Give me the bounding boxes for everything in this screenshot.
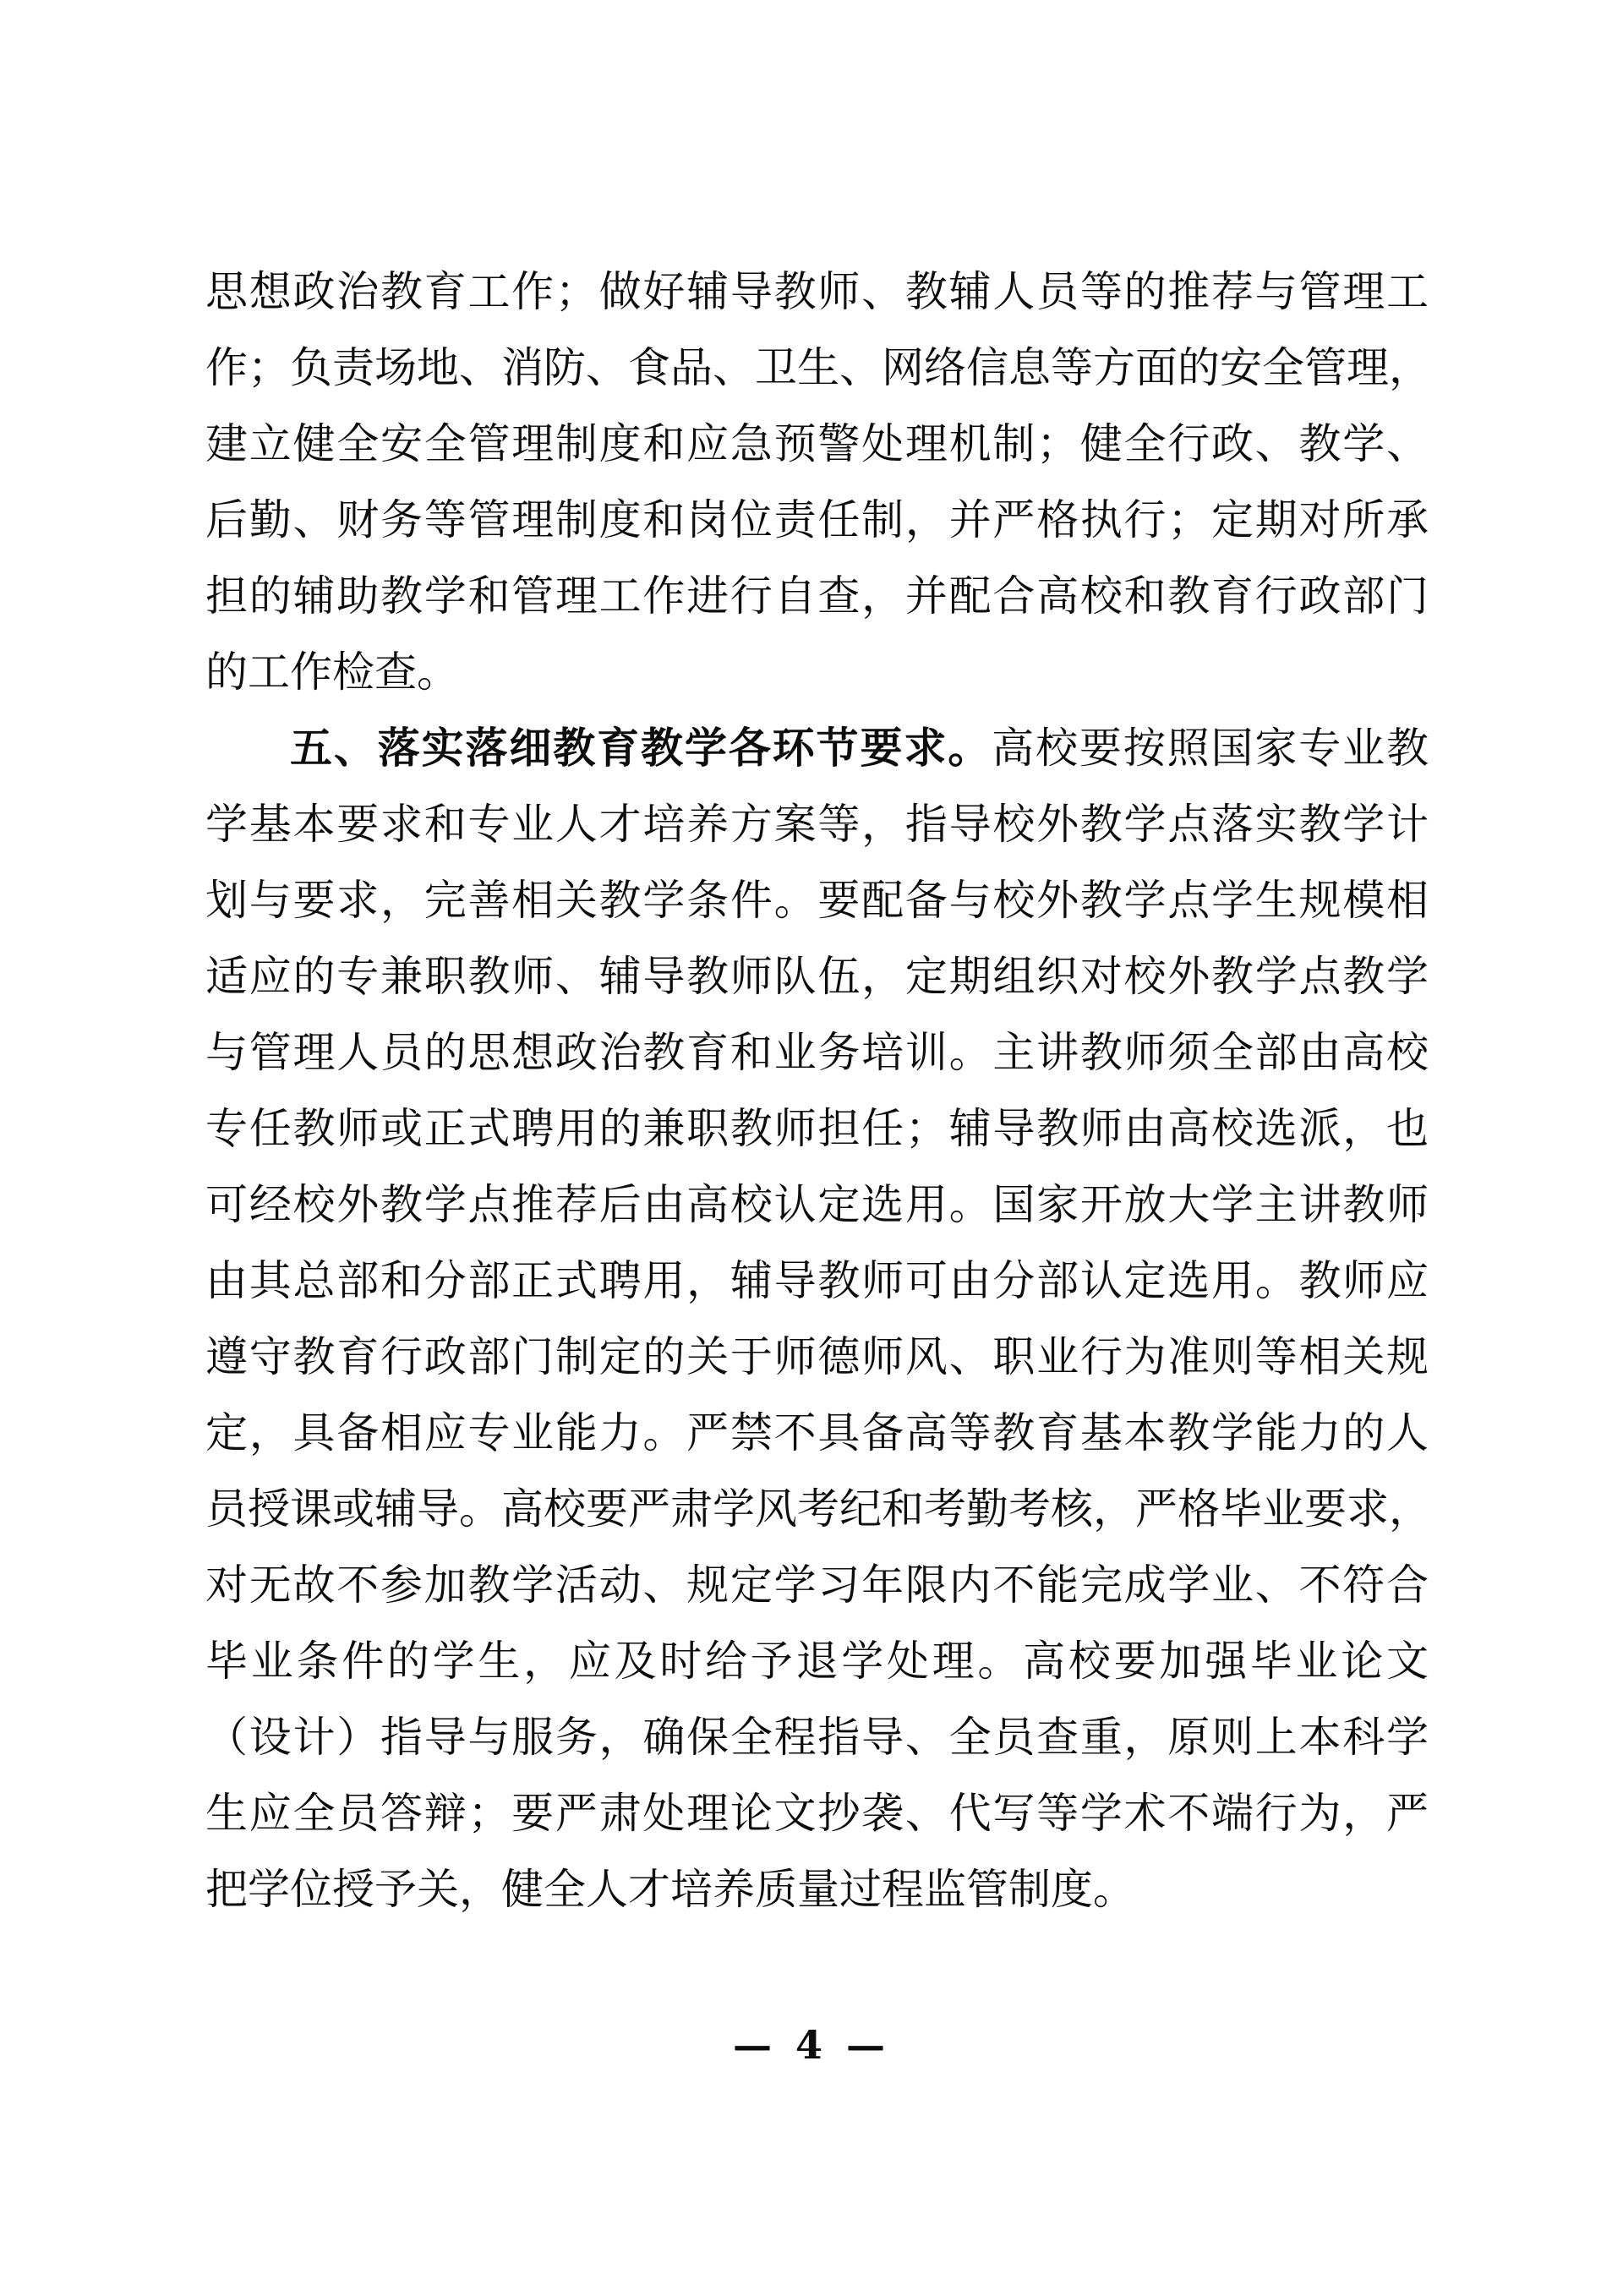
page-number: — 4 — xyxy=(0,2022,1623,2068)
section-heading-bold: 五、落实落细教育教学各环节要求。 xyxy=(290,723,992,773)
body-line: （设计）指导与服务，确保全程指导、全员查重，原则上本科学 xyxy=(205,1699,1429,1775)
body-line: 适应的专兼职教师、辅导教师队伍，定期组织对校外教学点教学 xyxy=(205,938,1429,1014)
body-line: 定，具备相应专业能力。严禁不具备高等教育基本教学能力的人 xyxy=(205,1395,1429,1471)
document-page: 思想政治教育工作；做好辅导教师、教辅人员等的推荐与管理工 作；负责场地、消防、食… xyxy=(0,0,1623,2296)
body-line: 学基本要求和专业人才培养方案等，指导校外教学点落实教学计 xyxy=(205,786,1429,862)
body-line: 把学位授予关，健全人才培养质量过程监管制度。 xyxy=(205,1851,1429,1927)
body-line: 遵守教育行政部门制定的关于师德师风、职业行为准则等相关规 xyxy=(205,1319,1429,1395)
body-line: 对无故不参加教学活动、规定学习年限内不能完成学业、不符合 xyxy=(205,1547,1429,1623)
body-line: 由其总部和分部正式聘用，辅导教师可由分部认定选用。教师应 xyxy=(205,1243,1429,1319)
body-line: 专任教师或正式聘用的兼职教师担任；辅导教师由高校选派，也 xyxy=(205,1091,1429,1167)
body-line: 员授课或辅导。高校要严肃学风考纪和考勤考核，严格毕业要求， xyxy=(205,1471,1429,1547)
body-line: 的工作检查。 xyxy=(205,634,1429,710)
body-line: 作；负责场地、消防、食品、卫生、网络信息等方面的安全管理， xyxy=(205,330,1429,406)
body-line: 后勤、财务等管理制度和岗位责任制，并严格执行；定期对所承 xyxy=(205,482,1429,558)
body-line: 思想政治教育工作；做好辅导教师、教辅人员等的推荐与管理工 xyxy=(205,254,1429,330)
section-heading-rest: 高校要按照国家专业教 xyxy=(992,724,1429,773)
body-line: 建立健全安全管理制度和应急预警处理机制；健全行政、教学、 xyxy=(205,406,1429,482)
document-body: 思想政治教育工作；做好辅导教师、教辅人员等的推荐与管理工 作；负责场地、消防、食… xyxy=(205,254,1429,1927)
body-line: 与管理人员的思想政治教育和业务培训。主讲教师须全部由高校 xyxy=(205,1014,1429,1091)
body-line: 可经校外教学点推荐后由高校认定选用。国家开放大学主讲教师 xyxy=(205,1167,1429,1243)
body-line: 毕业条件的学生，应及时给予退学处理。高校要加强毕业论文 xyxy=(205,1623,1429,1699)
body-line: 生应全员答辩；要严肃处理论文抄袭、代写等学术不端行为，严 xyxy=(205,1775,1429,1851)
section-heading-line: 五、落实落细教育教学各环节要求。高校要按照国家专业教 xyxy=(205,710,1429,786)
body-line: 划与要求，完善相关教学条件。要配备与校外教学点学生规模相 xyxy=(205,862,1429,938)
body-line: 担的辅助教学和管理工作进行自查，并配合高校和教育行政部门 xyxy=(205,558,1429,634)
